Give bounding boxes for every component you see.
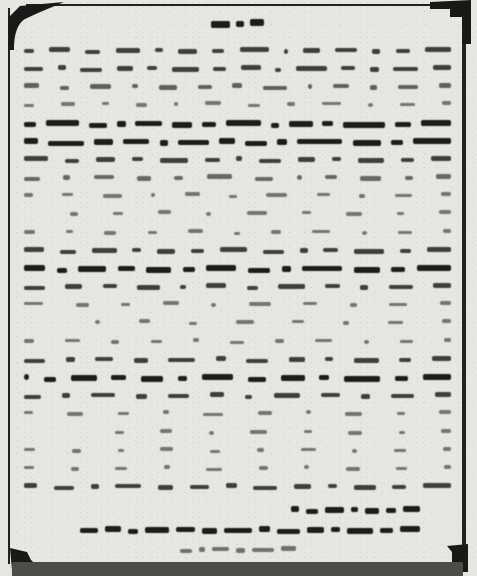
- word-blob: [300, 248, 308, 253]
- word-blob: [103, 194, 122, 198]
- word-blob: [399, 431, 405, 434]
- word-blob: [284, 49, 288, 54]
- word-blob: [163, 410, 169, 414]
- word-blob: [24, 104, 34, 107]
- word-blob: [80, 528, 98, 533]
- word-blob: [213, 67, 226, 71]
- word-blob: [392, 485, 406, 489]
- word-blob: [347, 528, 373, 534]
- word-blob: [248, 268, 270, 273]
- word-blob: [292, 320, 304, 323]
- word-blob: [172, 67, 199, 72]
- word-blob: [301, 448, 316, 451]
- word-blob: [115, 484, 141, 488]
- word-blob: [230, 341, 244, 344]
- word-blob: [164, 465, 170, 469]
- word-blob: [395, 376, 408, 381]
- word-blob: [180, 285, 186, 289]
- word-blob: [386, 508, 396, 513]
- word-blob: [252, 548, 274, 552]
- word-blob: [250, 19, 264, 26]
- word-blob: [308, 84, 312, 89]
- word-blob: [199, 547, 205, 552]
- text-line: [24, 154, 451, 165]
- word-blob: [258, 411, 272, 415]
- word-blob: [439, 210, 451, 214]
- word-blob: [400, 103, 415, 106]
- word-blob: [91, 484, 99, 489]
- word-blob: [123, 139, 149, 144]
- word-blob: [91, 393, 115, 397]
- word-blob: [95, 357, 113, 361]
- word-blob: [190, 485, 209, 489]
- word-blob: [441, 429, 451, 433]
- word-blob: [266, 193, 287, 197]
- word-blob: [65, 159, 79, 163]
- word-blob: [281, 375, 305, 381]
- word-blob: [396, 49, 410, 53]
- word-blob: [202, 122, 216, 127]
- word-blob: [139, 319, 150, 323]
- word-blob: [271, 123, 279, 128]
- word-blob: [304, 430, 312, 433]
- word-blob: [282, 266, 291, 272]
- word-blob: [440, 301, 451, 305]
- word-blob: [441, 192, 451, 196]
- word-blob: [111, 340, 119, 344]
- word-blob: [405, 176, 413, 180]
- word-blob: [372, 49, 380, 54]
- word-blob: [358, 158, 384, 163]
- word-blob: [391, 394, 414, 398]
- text-line: [24, 99, 451, 109]
- word-blob: [132, 157, 143, 161]
- word-blob: [436, 174, 451, 179]
- word-blob: [219, 138, 235, 144]
- word-blob: [360, 176, 381, 181]
- word-blob: [389, 285, 413, 289]
- text-line: [115, 427, 451, 437]
- text-line: [24, 190, 451, 200]
- word-blob: [202, 374, 233, 380]
- word-blob: [352, 449, 357, 453]
- word-blob: [78, 266, 106, 272]
- word-blob: [322, 121, 333, 126]
- text-line: [24, 245, 451, 256]
- word-blob: [380, 528, 393, 533]
- word-blob: [365, 508, 379, 514]
- text-line: [70, 208, 451, 218]
- word-blob: [115, 467, 127, 470]
- word-blob: [128, 529, 138, 534]
- word-blob: [362, 231, 367, 235]
- word-blob: [353, 140, 381, 146]
- word-blob: [435, 392, 451, 397]
- word-blob: [303, 302, 317, 305]
- word-blob: [263, 86, 287, 90]
- word-blob: [148, 231, 157, 234]
- word-blob: [307, 527, 324, 533]
- word-blob: [277, 139, 287, 145]
- word-blob: [160, 429, 172, 433]
- word-blob: [360, 285, 368, 290]
- word-blob: [312, 230, 330, 233]
- word-blob: [66, 357, 75, 362]
- word-blob: [115, 431, 124, 434]
- word-blob: [141, 376, 163, 382]
- word-blob: [137, 285, 160, 290]
- word-blob: [432, 356, 451, 361]
- word-blob: [137, 176, 151, 181]
- word-blob: [398, 85, 418, 89]
- text-line: [95, 317, 451, 327]
- word-blob: [328, 484, 337, 488]
- word-blob: [24, 230, 35, 234]
- word-blob: [24, 286, 45, 290]
- word-blob: [271, 230, 281, 234]
- word-blob: [118, 266, 135, 271]
- word-blob: [236, 21, 244, 27]
- word-blob: [24, 265, 45, 271]
- document-title: [24, 17, 451, 30]
- word-blob: [24, 156, 48, 161]
- text-line: [24, 136, 451, 148]
- word-blob: [94, 139, 113, 145]
- word-blob: [57, 268, 67, 273]
- word-blob: [58, 65, 66, 70]
- word-blob: [325, 175, 337, 179]
- word-blob: [48, 141, 84, 146]
- word-blob: [24, 67, 43, 71]
- word-blob: [24, 138, 38, 144]
- word-blob: [241, 65, 261, 70]
- word-blob: [443, 447, 451, 451]
- word-blob: [229, 195, 237, 198]
- word-blob: [212, 49, 224, 53]
- word-blob: [344, 376, 380, 382]
- word-blob: [333, 84, 349, 88]
- word-blob: [442, 101, 451, 105]
- word-blob: [72, 449, 81, 453]
- word-blob: [425, 47, 451, 52]
- closing-line-2: [24, 524, 420, 536]
- word-blob: [423, 374, 451, 380]
- word-blob: [158, 210, 171, 214]
- word-blob: [248, 377, 266, 382]
- word-blob: [302, 266, 342, 271]
- word-blob: [246, 359, 268, 363]
- word-blob: [44, 377, 56, 382]
- word-blob: [433, 65, 451, 70]
- word-blob: [172, 122, 192, 128]
- word-blob: [134, 358, 148, 363]
- word-blob: [395, 122, 411, 127]
- word-blob: [92, 248, 117, 253]
- word-blob: [325, 507, 344, 513]
- word-blob: [102, 102, 109, 105]
- word-blob: [117, 121, 126, 127]
- word-blob: [370, 85, 377, 90]
- word-blob: [24, 395, 41, 399]
- word-blob: [67, 412, 83, 416]
- word-blob: [259, 526, 270, 532]
- word-blob: [323, 248, 338, 252]
- word-blob: [46, 120, 79, 126]
- word-blob: [306, 410, 311, 414]
- word-blob: [275, 68, 281, 72]
- word-blob: [298, 157, 315, 162]
- word-blob: [361, 394, 370, 399]
- word-blob: [24, 49, 34, 53]
- text-line: [24, 390, 451, 401]
- word-blob: [249, 302, 271, 306]
- word-blob: [248, 104, 260, 107]
- word-blob: [287, 102, 295, 106]
- word-blob: [96, 157, 115, 162]
- word-blob: [24, 411, 33, 414]
- text-line: [24, 354, 451, 365]
- word-blob: [394, 449, 406, 452]
- word-blob: [220, 247, 247, 252]
- word-blob: [306, 509, 318, 514]
- word-blob: [211, 303, 216, 307]
- word-blob: [135, 121, 162, 126]
- word-blob: [335, 48, 357, 52]
- word-blob: [296, 66, 327, 71]
- word-blob: [211, 21, 230, 28]
- word-blob: [159, 85, 177, 90]
- text-line: [24, 172, 451, 183]
- word-blob: [236, 320, 254, 324]
- word-blob: [368, 103, 373, 107]
- text-line: [24, 281, 451, 292]
- word-blob: [439, 83, 451, 88]
- word-blob: [206, 212, 211, 216]
- word-blob: [145, 527, 169, 533]
- word-blob: [442, 319, 451, 323]
- scan-shadow-bar: [12, 562, 463, 576]
- word-blob: [302, 211, 311, 214]
- word-blob: [315, 339, 332, 342]
- word-blob: [341, 66, 355, 70]
- text-line: [24, 63, 451, 74]
- word-blob: [203, 413, 223, 416]
- word-blob: [294, 484, 311, 489]
- word-blob: [398, 231, 412, 234]
- word-blob: [158, 485, 173, 490]
- word-blob: [24, 193, 33, 197]
- word-blob: [155, 48, 163, 52]
- text-line: [24, 81, 451, 92]
- word-blob: [321, 393, 340, 397]
- word-blob: [205, 158, 220, 162]
- word-blob: [396, 467, 407, 470]
- word-blob: [274, 393, 300, 398]
- word-blob: [189, 322, 197, 325]
- word-blob: [209, 431, 214, 435]
- word-blob: [444, 465, 451, 469]
- word-blob: [24, 302, 43, 305]
- word-blob: [71, 467, 79, 471]
- word-blob: [207, 174, 232, 179]
- word-blob: [95, 320, 100, 324]
- word-blob: [113, 212, 123, 215]
- word-blob: [226, 483, 237, 488]
- word-blob: [132, 248, 141, 252]
- word-blob: [297, 175, 302, 180]
- text-line: [24, 118, 451, 130]
- word-blob: [403, 506, 420, 512]
- word-blob: [304, 465, 309, 469]
- word-blob: [168, 394, 189, 398]
- word-blob: [240, 47, 269, 52]
- word-blob: [397, 212, 404, 215]
- text-line: [24, 445, 451, 455]
- word-blob: [423, 483, 451, 488]
- word-blob: [62, 193, 73, 196]
- word-blob: [210, 450, 220, 453]
- word-blob: [136, 394, 147, 399]
- word-blob: [60, 86, 69, 90]
- word-blob: [346, 212, 362, 216]
- word-blob: [253, 486, 277, 490]
- word-blob: [427, 247, 451, 252]
- word-blob: [146, 267, 171, 273]
- word-blob: [393, 67, 418, 71]
- word-blob: [206, 265, 236, 271]
- word-blob: [354, 249, 384, 254]
- word-blob: [388, 321, 403, 324]
- word-blob: [364, 340, 369, 344]
- word-blob: [116, 48, 140, 53]
- word-blob: [439, 410, 451, 414]
- word-blob: [24, 448, 35, 451]
- word-blob: [178, 140, 209, 145]
- word-blob: [226, 120, 261, 126]
- word-blob: [160, 158, 188, 163]
- word-blob: [132, 84, 138, 88]
- word-blob: [61, 102, 75, 106]
- word-blob: [90, 84, 111, 89]
- word-blob: [160, 447, 173, 451]
- word-blob: [348, 431, 362, 435]
- word-blob: [322, 102, 341, 105]
- signature-line: [24, 544, 451, 555]
- closing-line-1: [24, 504, 420, 516]
- word-blob: [94, 175, 114, 179]
- word-blob: [277, 529, 300, 534]
- word-blob: [317, 193, 330, 196]
- word-blob: [24, 83, 39, 88]
- word-blob: [289, 357, 305, 362]
- word-blob: [178, 376, 187, 381]
- word-blob: [247, 211, 267, 215]
- word-blob: [331, 527, 340, 532]
- word-blob: [188, 229, 203, 233]
- text-line: [24, 227, 451, 237]
- word-blob: [168, 358, 195, 362]
- word-blob: [431, 156, 451, 161]
- word-blob: [24, 177, 40, 181]
- word-blob: [245, 395, 252, 399]
- word-blob: [391, 140, 403, 145]
- word-blob: [255, 177, 273, 181]
- word-blob: [24, 339, 34, 343]
- word-blob: [24, 466, 34, 469]
- word-blob: [205, 101, 221, 105]
- word-blob: [136, 103, 147, 107]
- word-blob: [263, 250, 284, 254]
- word-blob: [291, 506, 299, 512]
- word-blob: [54, 486, 74, 490]
- word-blob: [354, 485, 376, 490]
- text-line: [24, 299, 451, 309]
- word-blob: [206, 283, 226, 288]
- word-blob: [24, 359, 45, 363]
- word-blob: [278, 284, 305, 289]
- word-blob: [71, 375, 97, 381]
- text-line: [24, 408, 451, 418]
- word-blob: [247, 286, 258, 290]
- word-blob: [60, 250, 76, 254]
- word-blob: [433, 283, 451, 288]
- text-line: [24, 45, 451, 56]
- word-blob: [370, 67, 379, 72]
- word-blob: [180, 549, 192, 553]
- word-blob: [163, 301, 179, 305]
- word-blob: [118, 449, 124, 452]
- word-blob: [400, 249, 411, 253]
- word-blob: [85, 50, 100, 54]
- word-blob: [413, 138, 451, 144]
- word-blob: [343, 122, 385, 128]
- word-blob: [105, 526, 121, 532]
- word-blob: [354, 267, 380, 273]
- word-blob: [174, 102, 178, 106]
- word-blob: [24, 122, 36, 127]
- word-blob: [332, 157, 341, 161]
- word-blob: [303, 48, 320, 53]
- word-blob: [178, 49, 197, 54]
- word-blob: [325, 357, 333, 361]
- frame-border-right: [462, 6, 466, 562]
- word-blob: [259, 159, 281, 163]
- word-blob: [198, 85, 212, 89]
- word-blob: [216, 356, 226, 361]
- word-blob: [236, 156, 242, 161]
- word-blob: [250, 430, 267, 434]
- word-blob: [232, 83, 242, 88]
- word-blob: [49, 47, 70, 52]
- word-blob: [389, 303, 407, 306]
- word-blob: [103, 284, 117, 288]
- word-blob: [281, 546, 296, 551]
- word-blob: [65, 339, 80, 342]
- word-blob: [63, 175, 70, 180]
- word-blob: [224, 528, 252, 533]
- text-line: [24, 336, 451, 346]
- word-blob: [351, 507, 358, 512]
- word-blob: [65, 284, 82, 289]
- frame-border-left: [8, 8, 10, 564]
- text-line: [24, 263, 451, 275]
- word-blob: [202, 528, 217, 534]
- word-blob: [257, 448, 264, 452]
- word-blob: [191, 249, 204, 253]
- word-blob: [185, 192, 200, 196]
- word-blob: [234, 232, 240, 235]
- word-blob: [399, 358, 411, 362]
